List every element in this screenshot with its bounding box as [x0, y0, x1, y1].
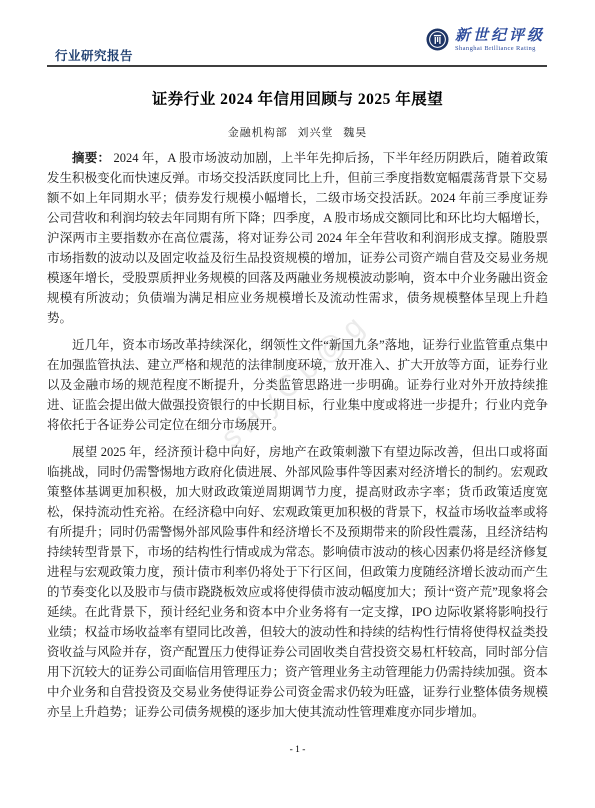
page-header: 行业研究报告 新世纪评级 Shanghai Brilliance Rating: [47, 0, 547, 67]
abstract-paragraph: 摘要： 2024 年，A 股市场波动加剧，上半年先抑后扬，下半年经历阴跌后，随着…: [47, 148, 548, 328]
rating-agency-names: 新世纪评级 Shanghai Brilliance Rating: [455, 28, 545, 53]
report-page: sHyCb@g 行业研究报告 新世纪评级 Shanghai Brilliance…: [0, 0, 595, 808]
rating-agency-logo: 新世纪评级 Shanghai Brilliance Rating: [426, 28, 545, 53]
abstract-text: 2024 年，A 股市场波动加剧，上半年先抑后扬，下半年经历阴跌后，随着政策发生…: [47, 151, 548, 325]
page-number: - 1 -: [0, 745, 595, 755]
body-paragraph-outlook-2025: 展望 2025 年，经济预计稳中向好，房地产在政策刺激下有望边际改善，但出口或将…: [47, 442, 548, 722]
page-title: 证券行业 2024 年信用回顾与 2025 年展望: [0, 87, 595, 109]
rating-agency-name-en: Shanghai Brilliance Rating: [455, 45, 536, 53]
body-paragraph-regulation: 近几年，资本市场改革持续深化，纲领性文件“新国九条”落地，证券行业监管重点集中在…: [47, 335, 548, 435]
abstract-label: 摘要：: [72, 151, 110, 165]
authors-line: 金融机构部 刘兴堂 魏昊: [0, 124, 595, 140]
rating-agency-name-cn: 新世纪评级: [455, 28, 545, 44]
report-body: 摘要： 2024 年，A 股市场波动加剧，上半年先抑后扬，下半年经历阴跌后，随着…: [47, 148, 548, 729]
report-type-label: 行业研究报告: [55, 46, 133, 64]
rating-agency-emblem-icon: [426, 28, 449, 51]
